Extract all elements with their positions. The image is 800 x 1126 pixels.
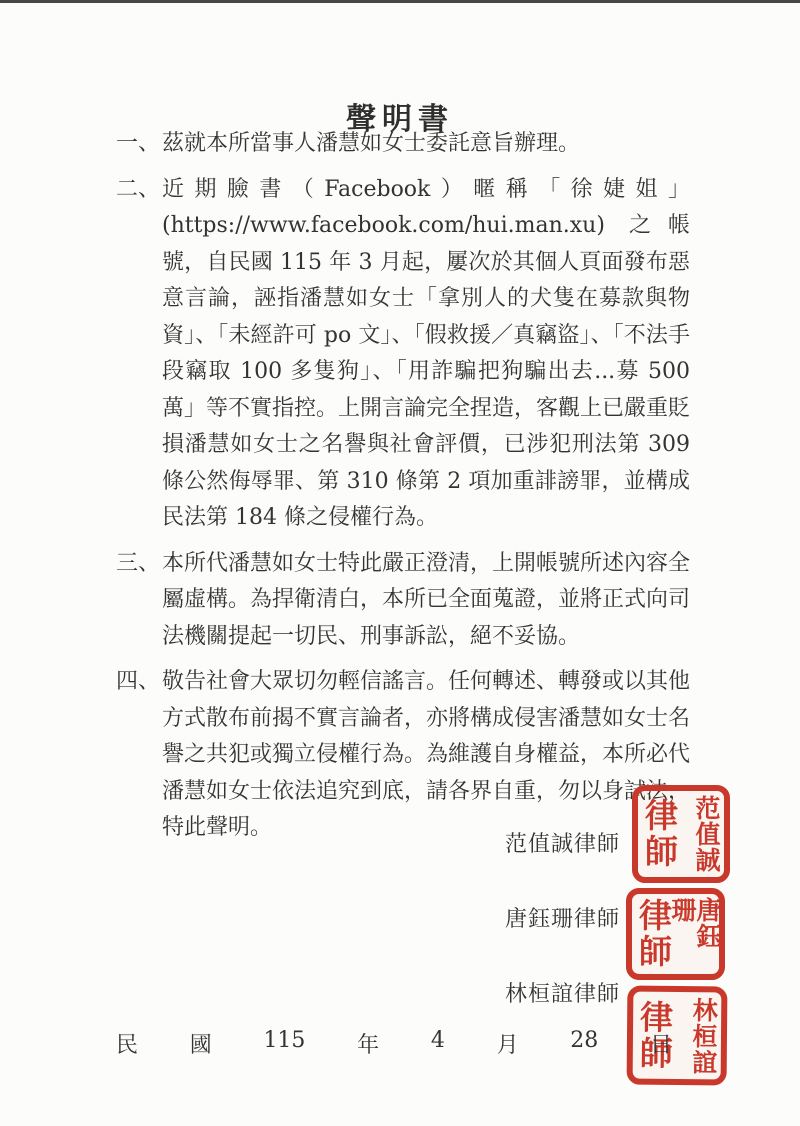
signature-name-3: 林桓誼律師 (0, 981, 620, 1008)
declaration-document: 聲明書 一、 茲就本所當事人潘慧如女士委託意旨辦理。 二、 近期臉書（Faceb… (0, 0, 800, 1126)
clause-item-2: 二、 近期臉書（Facebook）暱稱「徐婕姐」 (https://www.fa… (116, 172, 690, 537)
clause-marker: 二、 (116, 172, 160, 209)
scan-edge-artifact (0, 0, 800, 3)
date-part-month-value: 4 (431, 1028, 445, 1059)
clause-item-3: 三、 本所代潘慧如女士特此嚴正澄清，上開帳號所述內容全屬虛構。為捍衛清白，本所已… (116, 546, 690, 656)
seal-suffix-text: 律師 (637, 898, 670, 970)
date-part-day-value: 28 (570, 1028, 598, 1059)
seal-name-text: 范值誠 (694, 795, 719, 873)
clause-text: 敬告社會大眾切勿輕信謠言。任何轉述、轉發或以其他方式散布前揭不實言論者，亦將構成… (162, 669, 690, 840)
clause-text: 茲就本所當事人潘慧如女士委託意旨辦理。 (162, 131, 580, 156)
clause-item-4: 四、 敬告社會大眾切勿輕信謠言。任何轉述、轉發或以其他方式散布前揭不實言論者，亦… (116, 664, 690, 847)
clause-marker: 三、 (116, 546, 160, 583)
lawyer-seal-stamp-2: 律師 唐鈺珊 (626, 888, 725, 980)
clause-marker: 四、 (116, 664, 160, 701)
date-part-year-label: 年 (357, 1028, 379, 1059)
clause-marker: 一、 (116, 126, 160, 163)
clause-text: 近期臉書（Facebook）暱稱「徐婕姐」 (https://www.faceb… (162, 177, 690, 531)
clause-text: 本所代潘慧如女士特此嚴正澄清，上開帳號所述內容全屬虛構。為捍衛清白，本所已全面蒐… (162, 551, 690, 649)
date-part-year-value: 115 (263, 1028, 305, 1059)
signature-name-2: 唐鈺珊律師 (0, 906, 620, 933)
document-body: 一、 茲就本所當事人潘慧如女士委託意旨辦理。 二、 近期臉書（Facebook）… (116, 126, 690, 856)
seal-name-text: 唐鈺珊 (670, 897, 720, 971)
signature-block: 范值誠律師 唐鈺珊律師 林桓誼律師 (0, 831, 620, 1056)
date-line: 民 國 115 年 4 月 28 日 (116, 1028, 672, 1059)
lawyer-seal-stamp-1: 律師 范值誠 (632, 785, 730, 883)
seal-name-text: 林桓誼 (691, 997, 717, 1075)
seal-suffix-text: 律師 (643, 798, 676, 870)
signature-name-1: 范值誠律師 (0, 831, 620, 858)
clause-list: 一、 茲就本所當事人潘慧如女士委託意旨辦理。 二、 近期臉書（Facebook）… (116, 126, 690, 847)
clause-item-1: 一、 茲就本所當事人潘慧如女士委託意旨辦理。 (116, 126, 690, 163)
date-part-month-label: 月 (497, 1028, 519, 1059)
date-part-era-2: 國 (190, 1028, 212, 1059)
date-part-day-label: 日 (650, 1028, 672, 1059)
date-part-era-1: 民 (116, 1028, 138, 1059)
